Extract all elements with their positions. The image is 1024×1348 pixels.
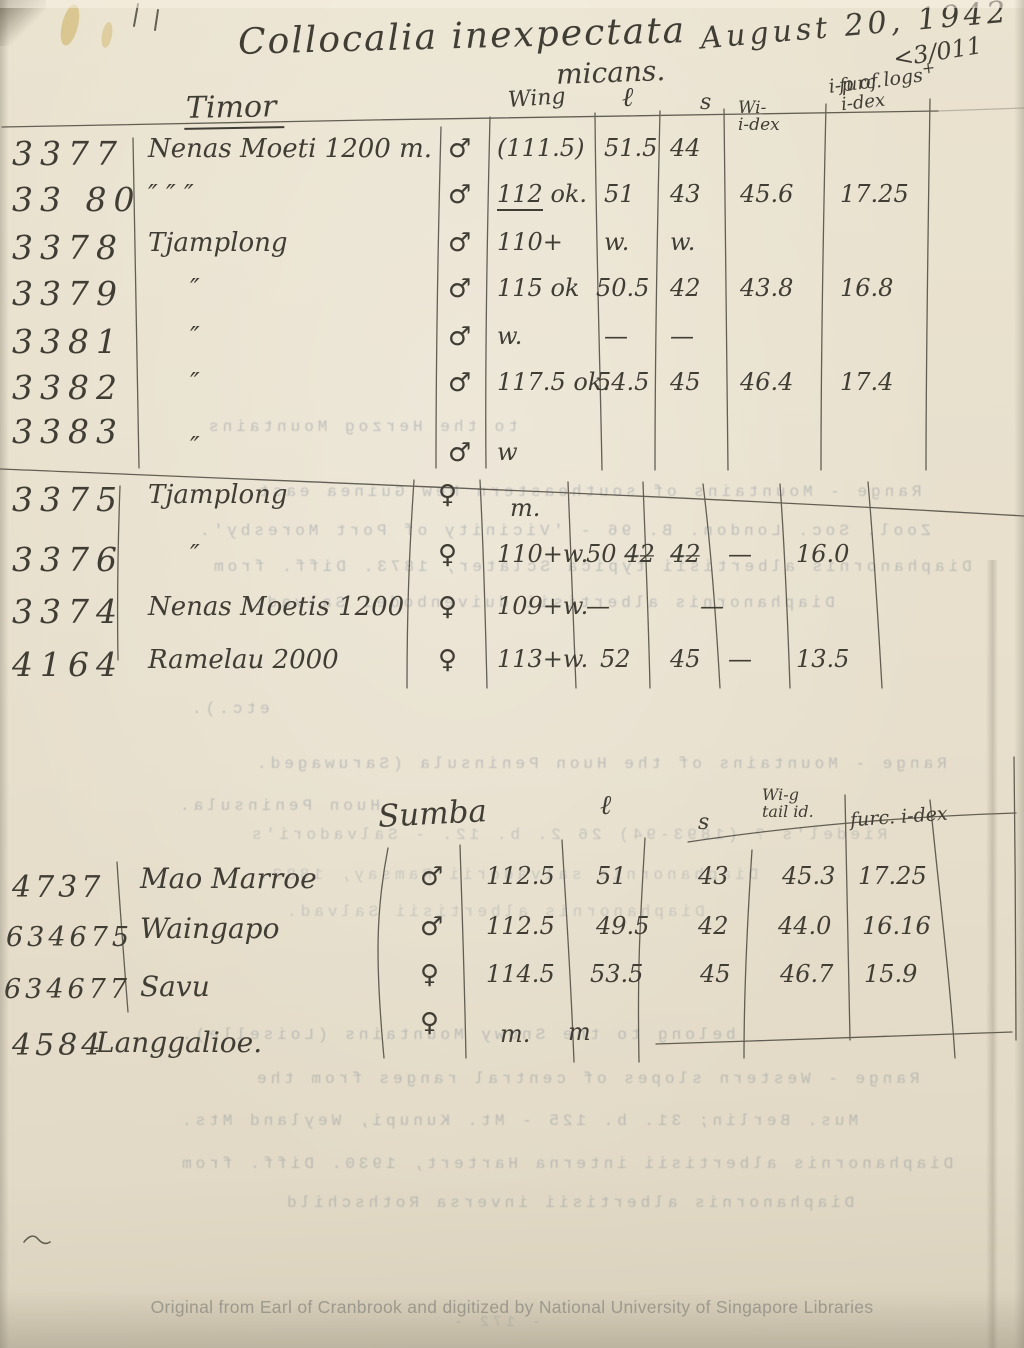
tail-value: 52: [600, 645, 631, 673]
column-header-wing-tail-index: Wi-g tail id.: [762, 786, 814, 820]
ink-stain: [100, 21, 114, 48]
section-heading-sumba: Sumba: [377, 793, 488, 835]
bleedthrough-line: Diaphanornis albertisii interna Hartert,…: [178, 1155, 953, 1173]
column-header-furcation-index: furc. i-dex: [838, 72, 886, 114]
column-header-s: s: [700, 90, 711, 115]
tail-value: 50.5: [596, 274, 649, 302]
sex-symbol: ♂: [448, 228, 471, 258]
column-header-wing-index-line2: i-dex: [738, 117, 780, 134]
s-value: w.: [670, 228, 695, 256]
furcation-index-value: 17.25: [840, 180, 909, 208]
species-subtitle: micans.: [555, 54, 665, 91]
tail-value: m: [568, 1018, 591, 1046]
tail-value: 51: [596, 862, 627, 890]
bleedthrough-line: Huon Peninsula.: [176, 797, 380, 815]
tail-value: 50 4̶2̶: [586, 540, 655, 568]
bleedthrough-line: Diaphanornis albertisii inversa Rothschi…: [283, 1194, 854, 1212]
s-value: 4̶2̶: [670, 540, 701, 568]
sex-symbol: ♂: [448, 438, 471, 468]
bleedthrough-line: etc.).: [188, 700, 270, 718]
wing-value: (111.5): [497, 134, 584, 162]
bleedthrough-line: Range - Western slopes of central ranges…: [253, 1070, 919, 1088]
locality-ditto: ″: [190, 432, 200, 462]
s-value: 42: [698, 912, 729, 940]
wing-value: 112.5: [486, 912, 555, 940]
wing-index-value: 45.6: [740, 180, 793, 208]
column-header-tail-length: ℓ: [622, 82, 633, 113]
wing-value: 117.5 ok.: [497, 368, 610, 396]
locality-ditto: ″ ″ ″: [148, 180, 194, 210]
wing-value: m.: [510, 494, 540, 522]
locality-ditto: ″: [190, 274, 200, 304]
furcation-index-value: 13.5: [796, 645, 849, 673]
wing-tail-index-value: 46.7: [780, 960, 833, 988]
wing-tail-index-value: 45.3: [782, 862, 835, 890]
locality: Mao Marroe: [140, 862, 317, 895]
tail-value: —: [586, 592, 610, 620]
bleedthrough-line: Range - Mountains of southeastern New Gu…: [255, 483, 921, 501]
specimen-number: 634675: [6, 922, 133, 953]
tail-value: w.: [604, 228, 629, 256]
locality: Nenas Moetis 1200: [148, 592, 404, 622]
sex-symbol: ♂: [420, 862, 443, 892]
wing-value: 112 ok.: [497, 180, 587, 208]
column-header-tail-length: ℓ: [600, 790, 611, 821]
sex-symbol: ♀: [420, 960, 439, 990]
locality: Tjamplong: [148, 480, 288, 510]
wing-value: m.: [500, 1020, 530, 1048]
tail-value: 53.5: [590, 960, 643, 988]
s-value: 45: [670, 368, 701, 396]
wing-tail-index-value: 44.0: [778, 912, 831, 940]
wing-value: 114.5: [486, 960, 555, 988]
s-value: 43: [670, 180, 701, 208]
wing-index-value: 46.4: [740, 368, 793, 396]
bleedthrough-line: Zool. Soc. London. B. 96 - 'Vicinity of …: [196, 522, 930, 540]
locality-ditto: ″: [190, 540, 200, 570]
column-header-wing-tail-index-line2: tail id.: [762, 803, 814, 820]
sex-symbol: ♀: [438, 540, 457, 570]
tail-value: 51.5: [604, 134, 657, 162]
specimen-number: 3381: [12, 322, 124, 361]
locality: Nenas Moeti 1200 m.: [148, 134, 432, 164]
specimen-number: 634677: [4, 974, 131, 1005]
column-header-furcation-index-line2: i-dex: [840, 91, 886, 115]
wing-value: 113+w.: [497, 645, 588, 673]
sex-symbol: ♀: [438, 592, 457, 622]
wing-index-value: —: [728, 540, 752, 568]
bleedthrough-line: Mus. Berlin; 31. b. 125 - Mt. Kunupi, We…: [178, 1112, 858, 1130]
specimen-number: 3383: [12, 412, 124, 451]
furcation-index-value: 15.9: [864, 960, 917, 988]
specimen-number: 3379: [12, 274, 124, 313]
furcation-index-value: 17.25: [858, 862, 927, 890]
s-value: 45: [670, 645, 701, 673]
scanned-document-page: to the Herzog Mountains Range - Mountain…: [0, 0, 1024, 1348]
s-value: 45: [700, 960, 731, 988]
furcation-index-value: 16.16: [862, 912, 931, 940]
specimen-number: 4584: [12, 1028, 104, 1063]
bleedthrough-line: Riedel's ? (1893-94) 26 2. b. 12. - Salv…: [248, 826, 887, 844]
locality: Waingapo: [140, 912, 279, 945]
column-header-furcation-index: furc. i-dex: [849, 803, 948, 832]
s-value: —: [670, 322, 694, 350]
specimen-number: 3376: [12, 540, 124, 579]
s-value: 42: [670, 274, 701, 302]
margin-note-plus: +: [921, 58, 936, 78]
right-edge-shadow: [1014, 0, 1024, 1348]
specimen-number: 3375: [12, 480, 124, 519]
column-header-wing-tail-index-line1: Wi-g: [762, 786, 814, 803]
locality-ditto: ″: [190, 368, 200, 398]
sex-symbol: ♂: [448, 274, 471, 304]
furcation-index-value: 17.4: [840, 368, 893, 396]
furcation-index-value: 16.8: [840, 274, 893, 302]
locality: Ramelau 2000: [148, 645, 339, 675]
sex-symbol: ♂: [420, 912, 443, 942]
corner-shadow: [0, 0, 46, 46]
tail-value: 49.5: [596, 912, 649, 940]
paper-crease: [986, 560, 998, 1348]
bleedthrough-line: Range - Mountains of the Huon Peninsula …: [253, 755, 947, 773]
sex-symbol: ♂: [448, 180, 471, 210]
wing-value: 112.5: [486, 862, 555, 890]
wing-value: 109+w.: [497, 592, 588, 620]
s-value: 44: [670, 134, 701, 162]
column-header-wing-index: Wi- i-dex: [738, 100, 780, 134]
specimen-number: 33 80: [12, 180, 141, 219]
specimen-number: 4737: [12, 870, 104, 905]
wing-index-value: —: [728, 645, 752, 673]
locality: Tjamplong: [148, 228, 288, 258]
sex-symbol: ♂: [448, 322, 471, 352]
sex-symbol: ♀: [438, 480, 457, 510]
sex-symbol: ♂: [448, 368, 471, 398]
specimen-number: 3374: [12, 592, 124, 631]
sex-symbol: ♀: [438, 645, 457, 675]
tail-value: —: [604, 322, 628, 350]
bleedthrough-line: to the Herzog Mountains: [205, 418, 518, 436]
specimen-number: 3377: [12, 134, 124, 173]
wing-value: 110+: [497, 228, 563, 256]
locality-ditto: ″: [190, 322, 200, 352]
left-edge-shadow: [0, 0, 9, 1348]
section-heading-timor: Timor: [184, 89, 285, 130]
specimen-number: 3382: [12, 368, 124, 407]
furcation-index-value: 16.0: [796, 540, 849, 568]
s-value: —: [700, 592, 724, 620]
tail-value: 54.5: [596, 368, 649, 396]
locality: Langgalioe.: [96, 1026, 262, 1059]
wing-value: 115 ok: [497, 274, 579, 302]
tail-value: 51: [604, 180, 635, 208]
wing-value-note: ok.: [543, 180, 587, 208]
sex-symbol: ♂: [448, 134, 471, 164]
ink-stain: [57, 3, 83, 48]
wing-value: w.: [497, 322, 522, 350]
sex-symbol: ♀: [420, 1008, 439, 1038]
digitization-credit: Original from Earl of Cranbrook and digi…: [0, 1297, 1024, 1318]
column-header-s: s: [698, 810, 709, 835]
wing-index-value: 43.8: [740, 274, 793, 302]
wing-value: 110+w.: [497, 540, 588, 568]
column-header-wing: Wing: [507, 84, 566, 113]
wing-value: w: [497, 438, 518, 466]
locality: Savu: [140, 970, 210, 1003]
s-value: 43: [698, 862, 729, 890]
specimen-number: 3378: [12, 228, 124, 267]
specimen-number: 4164: [12, 645, 124, 684]
wing-value-underlined: 112: [497, 180, 543, 211]
